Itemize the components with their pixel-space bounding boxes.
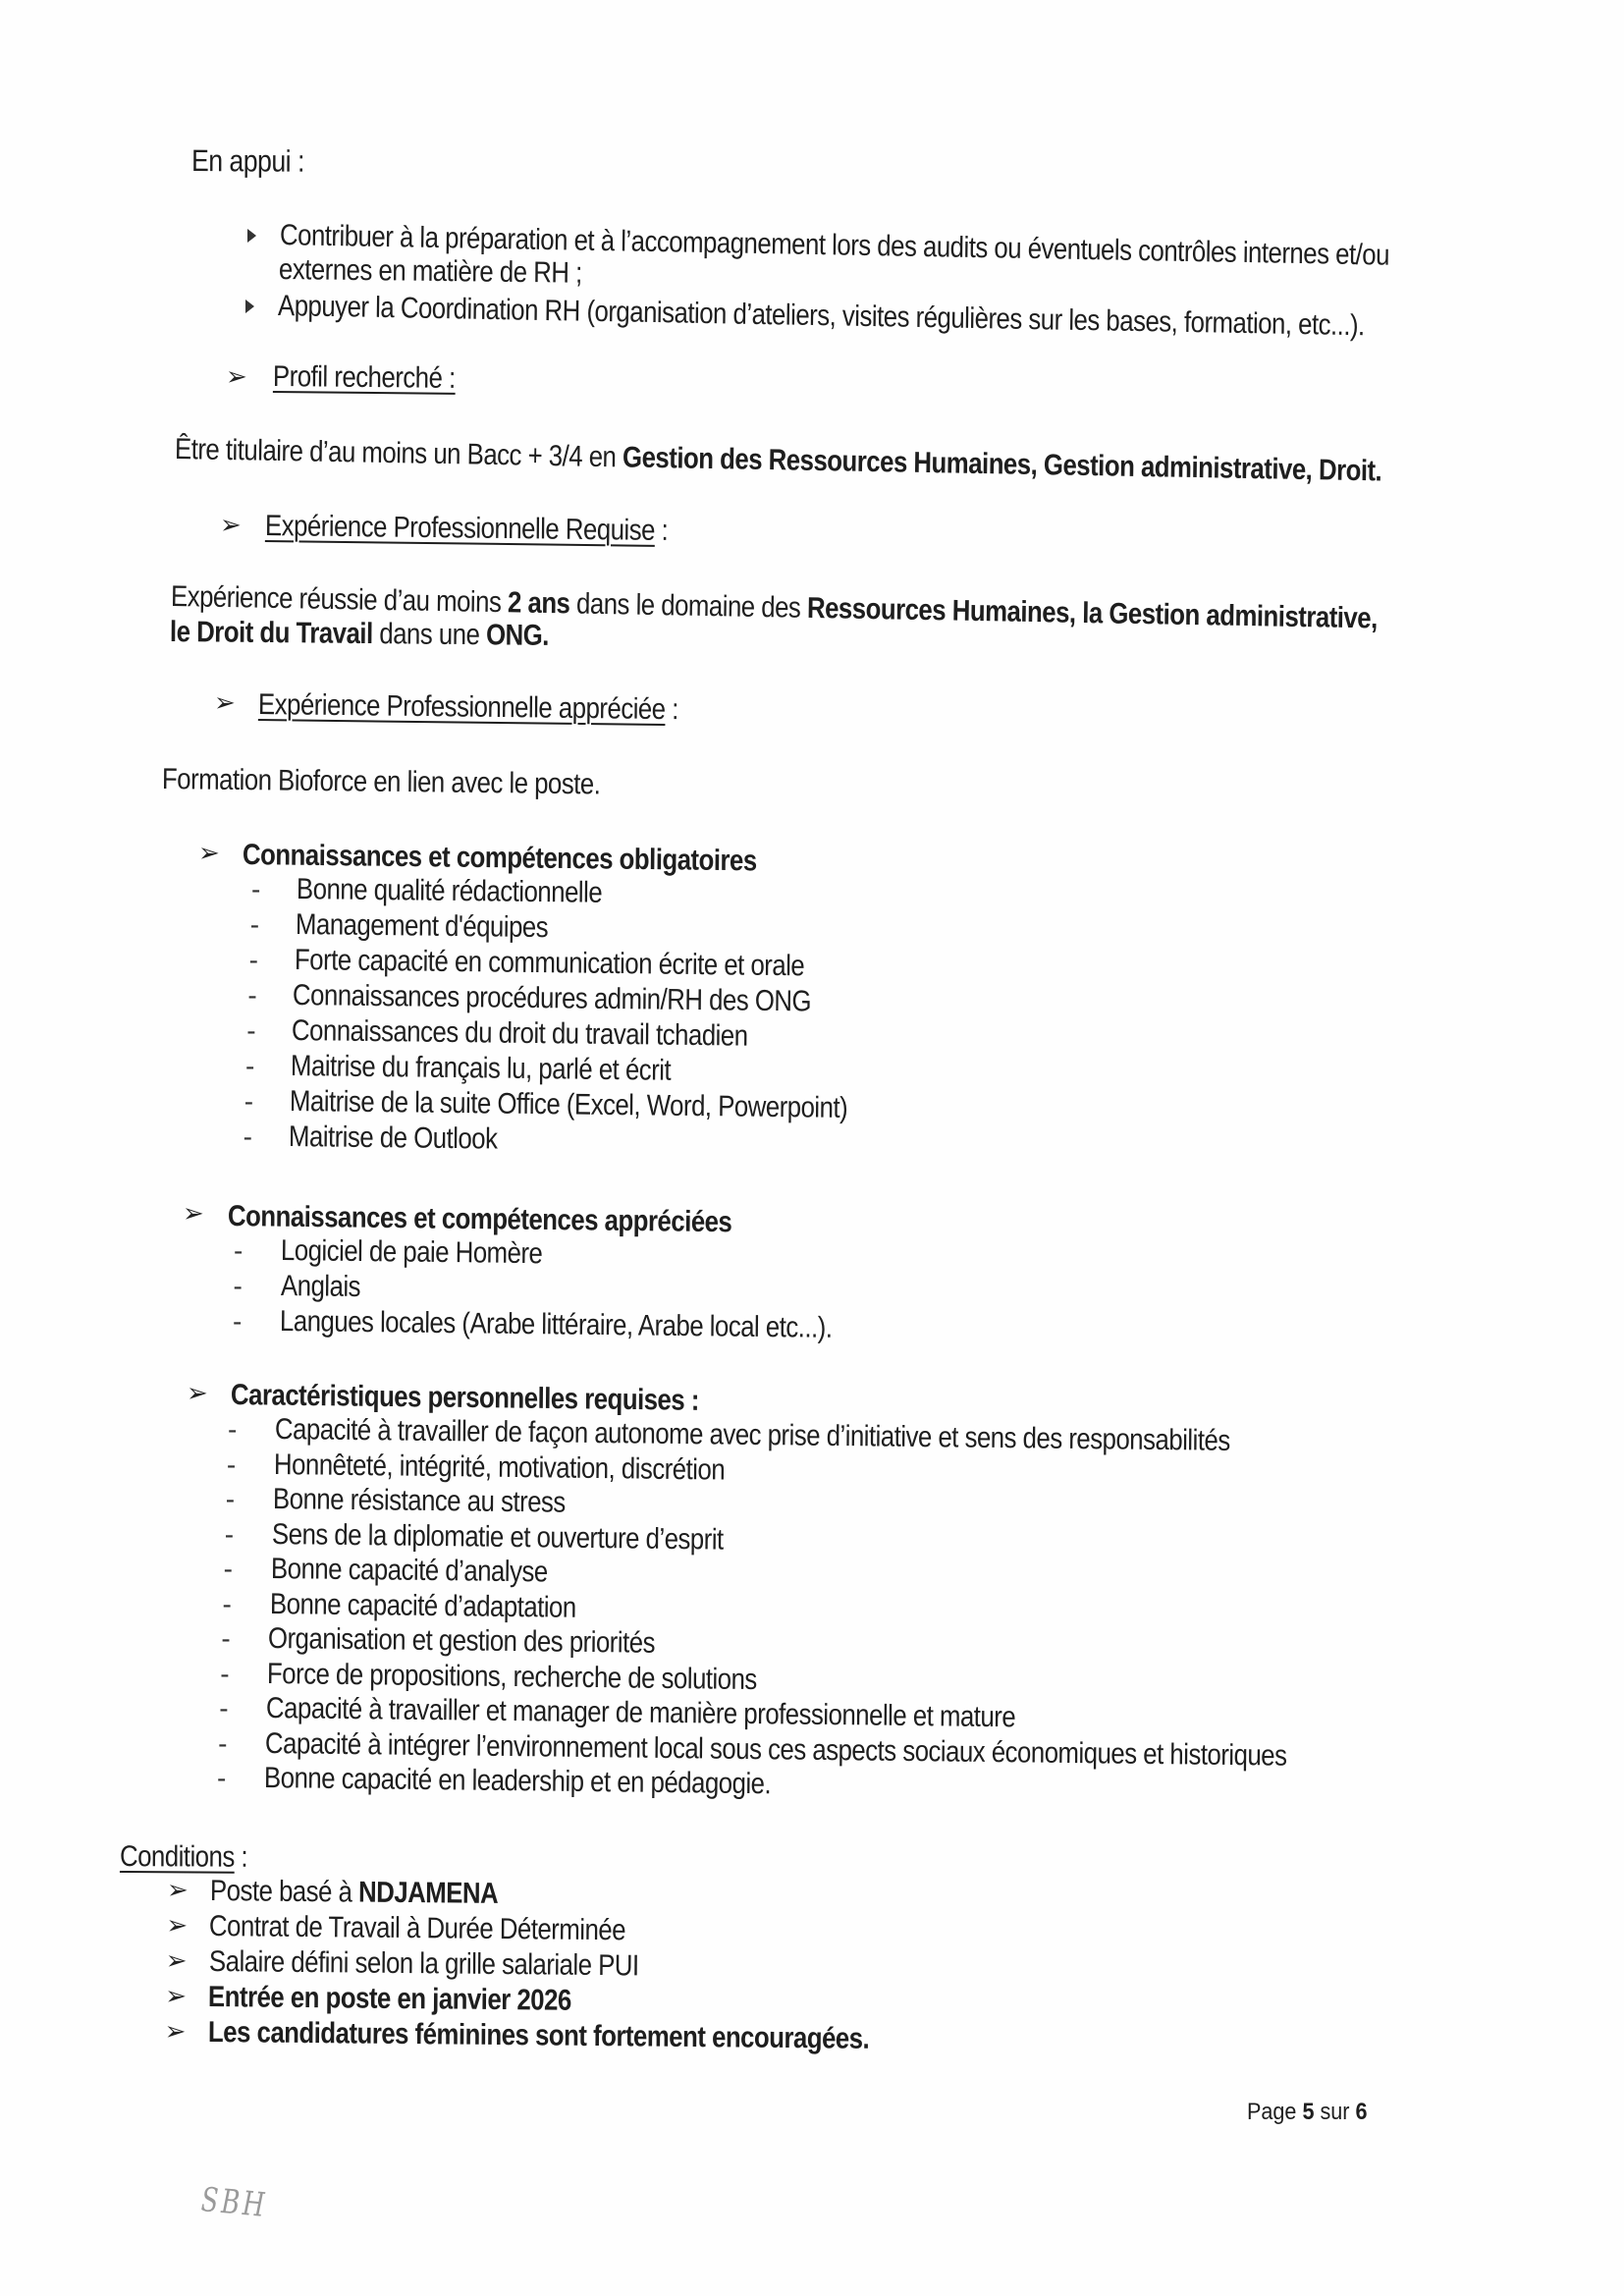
dash-bullet-icon: - [221, 1621, 230, 1657]
heading-colon: : [665, 693, 678, 726]
profil-text: Être titulaire d’au moins un Bacc + 3/4 … [175, 432, 1382, 489]
experience-appreciee-heading-text: Expérience Professionnelle appréciée [258, 688, 666, 726]
text-segment-bold: le Droit du Travail [170, 616, 373, 650]
dash-bullet-icon: - [249, 943, 258, 978]
arrow-bullet-icon: ➢ [165, 2013, 187, 2049]
dash-bullet-icon: - [245, 1049, 254, 1084]
appui-bullet-2: Appuyer la Coordination RH (organisation… [278, 289, 1365, 344]
list-item: Management d'équipes [296, 907, 548, 946]
list-item: Langues locales (Arabe littéraire, Arabe… [280, 1304, 833, 1346]
dash-bullet-icon: - [218, 1726, 227, 1762]
list-item: Bonne résistance au stress [273, 1482, 566, 1521]
dash-bullet-icon: - [246, 1013, 255, 1049]
document-page: En appui : Contribuer à la préparation e… [0, 0, 1624, 2296]
condition-text-bold: NDJAMENA [358, 1877, 498, 1910]
list-item: Maitrise du français lu, parlé et écrit [291, 1049, 671, 1089]
triangle-bullet-icon [245, 300, 254, 313]
dash-bullet-icon: - [219, 1691, 228, 1726]
dash-bullet-icon: - [226, 1482, 235, 1517]
condition-item: Salaire défini selon la grille salariale… [209, 1944, 639, 1984]
arrow-bullet-icon: ➢ [166, 1942, 188, 1978]
page-label: Page [1247, 2099, 1302, 2125]
section-heading-en-appui: En appui : [191, 143, 304, 180]
triangle-bullet-icon [247, 229, 256, 243]
arrow-bullet-icon: ➢ [166, 1907, 188, 1942]
condition-item: Poste basé à NDJAMENA [210, 1874, 498, 1912]
conditions-heading-text: Conditions [120, 1840, 235, 1874]
dash-bullet-icon: - [225, 1517, 234, 1553]
condition-item: Entrée en poste en janvier 2026 [208, 1980, 571, 2019]
dash-bullet-icon: - [217, 1761, 226, 1796]
text-segment: Expérience réussie d’au moins [171, 580, 508, 619]
dash-bullet-icon: - [244, 1084, 253, 1120]
condition-item: Contrat de Travail à Durée Déterminée [209, 1909, 625, 1948]
arrow-bullet-icon: ➢ [214, 684, 236, 720]
page-total: 6 [1355, 2099, 1367, 2125]
dash-bullet-icon: - [244, 1120, 252, 1155]
condition-text: Salaire défini selon la grille salariale… [209, 1945, 639, 1982]
heading-colon: : [235, 1841, 247, 1874]
handwritten-initials: SBH [200, 2180, 268, 2225]
arrow-bullet-icon: ➢ [187, 1375, 208, 1410]
dash-bullet-icon: - [223, 1587, 232, 1622]
list-item: Connaissances du droit du travail tchadi… [292, 1013, 748, 1055]
section-heading-experience-requise: Expérience Professionnelle Requise : [265, 509, 669, 549]
section-heading-conditions: Conditions : [120, 1839, 247, 1876]
profil-text-bold: Gestion des Ressources Humaines, Gestion… [623, 441, 1382, 487]
condition-text: Les candidatures féminines sont fortemen… [207, 2016, 868, 2055]
list-item: Logiciel de paie Homère [281, 1233, 543, 1272]
list-item: Maitrise de Outlook [288, 1120, 497, 1158]
dash-bullet-icon: - [234, 1269, 243, 1304]
text-segment-bold: Ressources Humaines, la Gestion administ… [807, 592, 1378, 635]
list-item: Bonne capacité d’analyse [270, 1552, 547, 1590]
text-segment-bold: 2 ans [508, 586, 570, 620]
experience-requise-line-2: le Droit du Travail dans une ONG. [170, 615, 549, 654]
profil-text-prefix: Être titulaire d’au moins un Bacc + 3/4 … [175, 433, 623, 473]
section-heading-experience-appreciee: Expérience Professionnelle appréciée : [258, 687, 678, 728]
page-separator: sur [1314, 2099, 1355, 2125]
section-heading-profil: Profil recherché : [273, 359, 456, 397]
experience-requise-heading-text: Expérience Professionnelle Requise [265, 510, 655, 547]
arrow-bullet-icon: ➢ [198, 835, 220, 870]
arrow-bullet-icon: ➢ [226, 358, 247, 394]
dash-bullet-icon: - [251, 872, 260, 907]
dash-bullet-icon: - [233, 1304, 242, 1339]
text-segment: dans le domaine des [569, 587, 807, 624]
list-item: Bonne qualité rédactionnelle [297, 872, 602, 911]
dash-bullet-icon: - [224, 1552, 233, 1587]
heading-colon: : [655, 515, 669, 547]
list-item: Sens de la diplomatie et ouverture d’esp… [272, 1517, 724, 1558]
text-segment-bold: ONG. [486, 619, 549, 652]
page-current: 5 [1302, 2099, 1314, 2125]
arrow-bullet-icon: ➢ [165, 1978, 187, 2013]
dash-bullet-icon: - [228, 1412, 237, 1448]
condition-text: Poste basé à [210, 1875, 358, 1909]
list-item: Bonne capacité en leadership et en pédag… [264, 1761, 771, 1802]
condition-item: Les candidatures féminines sont fortemen… [207, 2015, 868, 2057]
dash-bullet-icon: - [247, 978, 256, 1013]
list-item: Honnêteté, intégrité, motivation, discré… [274, 1448, 725, 1489]
appui-bullet-1-line-2: externes en matière de RH ; [279, 252, 582, 292]
dash-bullet-icon: - [234, 1233, 243, 1269]
page-number: Page 5 sur 6 [1247, 2098, 1368, 2127]
condition-text: Contrat de Travail à Durée Déterminée [209, 1910, 625, 1946]
list-item: Organisation et gestion des priorités [268, 1621, 655, 1662]
arrow-bullet-icon: ➢ [167, 1872, 189, 1907]
list-item: Anglais [280, 1269, 359, 1305]
arrow-bullet-icon: ➢ [183, 1195, 204, 1230]
list-item: Bonne capacité d’adaptation [269, 1587, 575, 1626]
dash-bullet-icon: - [220, 1657, 229, 1692]
dash-bullet-icon: - [250, 907, 259, 943]
dash-bullet-icon: - [227, 1448, 236, 1483]
experience-appreciee-text: Formation Bioforce en lien avec le poste… [162, 762, 601, 802]
condition-text: Entrée en poste en janvier 2026 [208, 1981, 571, 2017]
arrow-bullet-icon: ➢ [220, 507, 242, 542]
text-segment: dans une [373, 618, 487, 651]
